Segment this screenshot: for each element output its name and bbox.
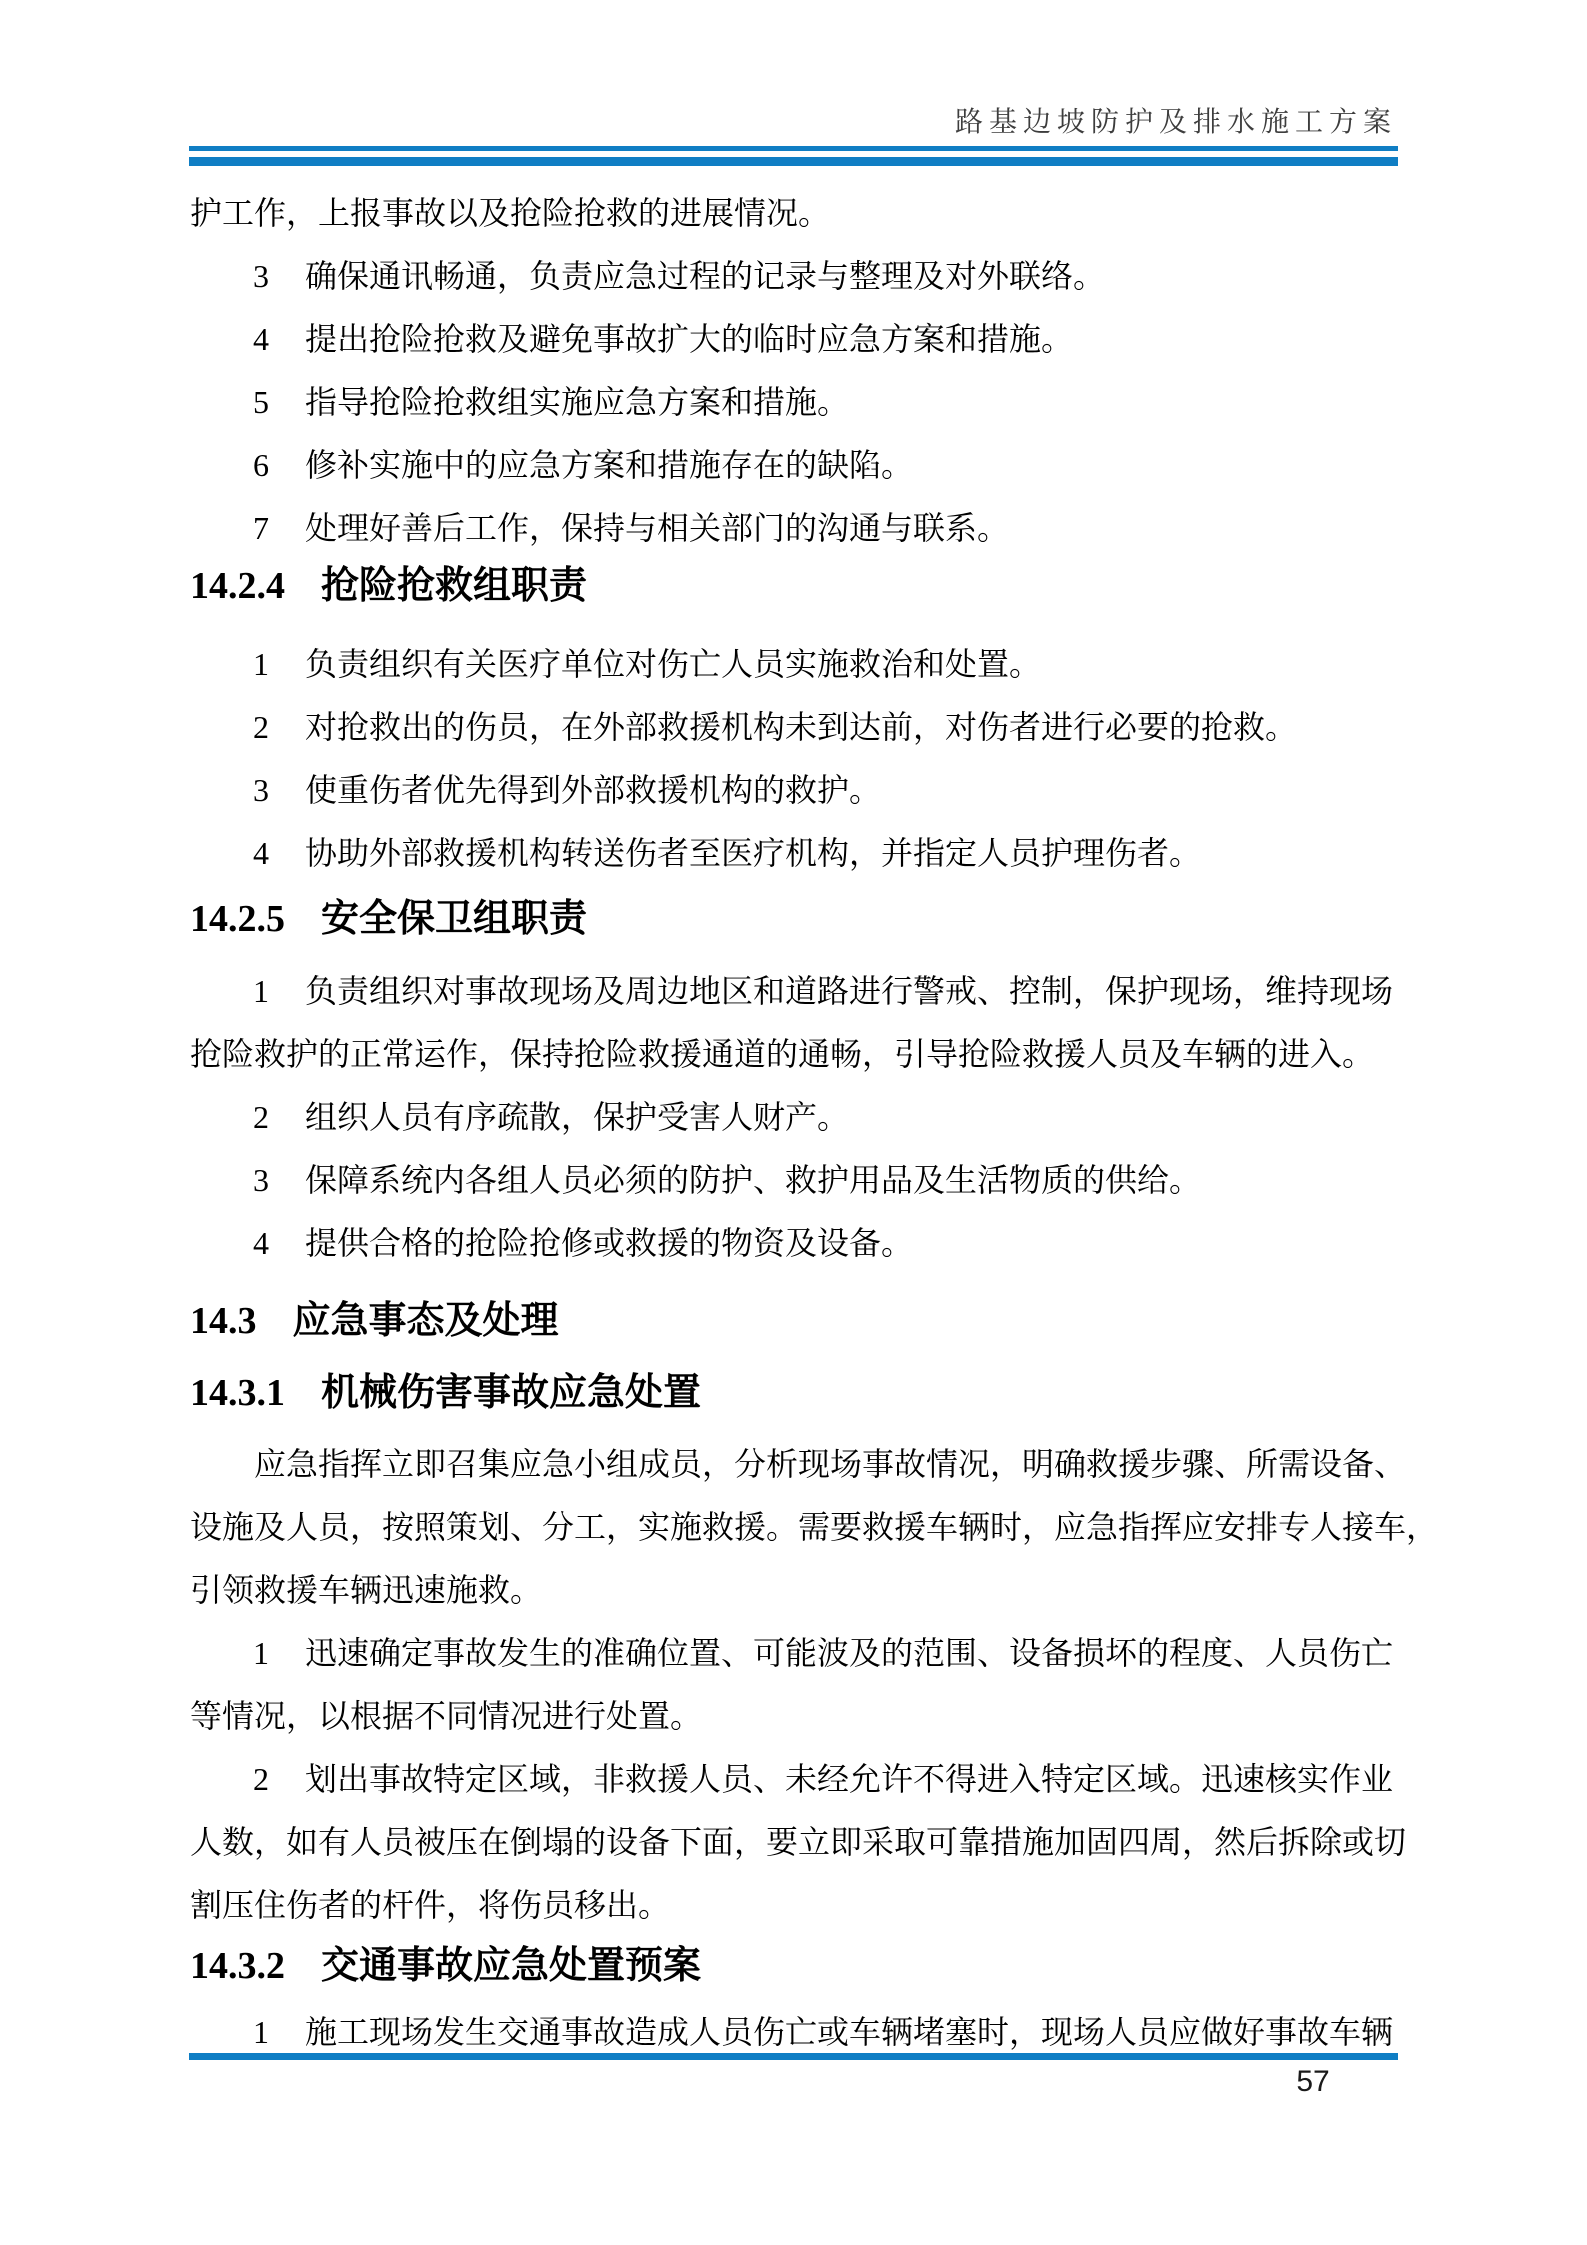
header-doc-title: 路基边坡防护及排水施工方案 [955, 100, 1397, 140]
item-number: 3 [253, 245, 269, 308]
list-item: 4协助外部救援机构转送伤者至医疗机构，并指定人员护理伤者。 [190, 822, 1398, 885]
item-text: 指导抢险抢救组实施应急方案和措施。 [305, 384, 849, 420]
heading-number: 14.3 [190, 1300, 257, 1342]
item-text: 提出抢险抢救及避免事故扩大的临时应急方案和措施。 [305, 321, 1073, 357]
list-item: 7处理好善后工作，保持与相关部门的沟通与联系。 [190, 497, 1398, 560]
header-rule-thick [189, 157, 1398, 166]
item-text: 施工现场发生交通事故造成人员伤亡或车辆堵塞时，现场人员应做好事故车辆 [305, 2014, 1393, 2050]
item-text: 提供合格的抢险抢修或救援的物资及设备。 [305, 1225, 913, 1261]
list-item-continuation: 抢险救护的正常运作，保持抢险救援通道的通畅，引导抢险救援人员及车辆的进入。 [190, 1023, 1398, 1086]
numbered-list-duties: 3确保通讯畅通，负责应急过程的记录与整理及对外联络。 4提出抢险抢救及避免事故扩… [190, 245, 1398, 560]
list-item-continuation: 等情况，以根据不同情况进行处置。 [190, 1685, 1398, 1748]
item-text: 确保通讯畅通，负责应急过程的记录与整理及对外联络。 [305, 258, 1105, 294]
item-text: 划出事故特定区域，非救援人员、未经允许不得进入特定区域。迅速核实作业 [305, 1761, 1393, 1797]
list-item-continuation: 割压住伤者的杆件，将伤员移出。 [190, 1874, 1398, 1937]
list-item: 2对抢救出的伤员，在外部救援机构未到达前，对伤者进行必要的抢救。 [190, 696, 1398, 759]
item-number: 4 [253, 1212, 269, 1275]
document-page: 路基边坡防护及排水施工方案 护工作，上报事故以及抢险抢救的进展情况。 3确保通讯… [0, 0, 1587, 2245]
item-text: 迅速确定事故发生的准确位置、可能波及的范围、设备损坏的程度、人员伤亡 [305, 1635, 1393, 1671]
item-number: 4 [253, 822, 269, 885]
footer-rule [189, 2053, 1398, 2060]
paragraph-line: 应急指挥立即召集应急小组成员，分析现场事故情况，明确救援步骤、所需设备、 [190, 1433, 1398, 1496]
list-item: 3使重伤者优先得到外部救援机构的救护。 [190, 759, 1398, 822]
heading-title: 抢险抢救组职责 [321, 565, 587, 607]
list-item: 1负责组织对事故现场及周边地区和道路进行警戒、控制，保护现场，维持现场 [190, 960, 1398, 1023]
item-text: 负责组织有关医疗单位对伤亡人员实施救治和处置。 [305, 646, 1041, 682]
item-number: 2 [253, 1086, 269, 1149]
list-item: 1负责组织有关医疗单位对伤亡人员实施救治和处置。 [190, 633, 1398, 696]
item-number: 5 [253, 371, 269, 434]
paragraph-line: 设施及人员，按照策划、分工，实施救援。需要救援车辆时，应急指挥应安排专人接车， [190, 1496, 1398, 1559]
item-number: 6 [253, 434, 269, 497]
heading-title: 安全保卫组职责 [321, 898, 587, 940]
item-text: 负责组织对事故现场及周边地区和道路进行警戒、控制，保护现场，维持现场 [305, 973, 1393, 1009]
heading-number: 14.3.1 [190, 1372, 285, 1414]
item-number: 7 [253, 497, 269, 560]
list-item-continuation: 人数，如有人员被压在倒塌的设备下面，要立即采取可靠措施加固四周，然后拆除或切 [190, 1811, 1398, 1874]
item-number: 3 [253, 759, 269, 822]
list-item: 2组织人员有序疏散，保护受害人财产。 [190, 1086, 1398, 1149]
item-text: 对抢救出的伤员，在外部救援机构未到达前，对伤者进行必要的抢救。 [305, 709, 1297, 745]
item-number: 1 [253, 1622, 269, 1685]
page-number: 57 [1258, 2062, 1368, 2102]
heading-number: 14.3.2 [190, 1945, 285, 1987]
item-number: 2 [253, 696, 269, 759]
section-heading-14-2-4: 14.2.4抢险抢救组职责 [190, 563, 587, 609]
item-number: 4 [253, 308, 269, 371]
list-item: 1迅速确定事故发生的准确位置、可能波及的范围、设备损坏的程度、人员伤亡 [190, 1622, 1398, 1685]
list-item: 5指导抢险抢救组实施应急方案和措施。 [190, 371, 1398, 434]
list-item: 4提供合格的抢险抢修或救援的物资及设备。 [190, 1212, 1398, 1275]
list-item: 4提出抢险抢救及避免事故扩大的临时应急方案和措施。 [190, 308, 1398, 371]
numbered-list-security-group: 1负责组织对事故现场及周边地区和道路进行警戒、控制，保护现场，维持现场 抢险救护… [190, 960, 1398, 1275]
section-heading-14-2-5: 14.2.5安全保卫组职责 [190, 896, 587, 942]
list-item: 3保障系统内各组人员必须的防护、救护用品及生活物质的供给。 [190, 1149, 1398, 1212]
item-text: 处理好善后工作，保持与相关部门的沟通与联系。 [305, 510, 1009, 546]
heading-title: 应急事态及处理 [293, 1300, 559, 1342]
numbered-list-rescue-group: 1负责组织有关医疗单位对伤亡人员实施救治和处置。 2对抢救出的伤员，在外部救援机… [190, 633, 1398, 885]
heading-number: 14.2.4 [190, 565, 285, 607]
item-number: 1 [253, 960, 269, 1023]
item-number: 1 [253, 633, 269, 696]
section-heading-14-3-2: 14.3.2交通事故应急处置预案 [190, 1943, 701, 1989]
header-rule-thin [189, 146, 1398, 151]
item-text: 修补实施中的应急方案和措施存在的缺陷。 [305, 447, 913, 483]
paragraph-continuation: 护工作，上报事故以及抢险抢救的进展情况。 [190, 182, 1398, 245]
paragraph-line: 引领救援车辆迅速施救。 [190, 1559, 1398, 1622]
heading-title: 机械伤害事故应急处置 [321, 1372, 701, 1414]
heading-number: 14.2.5 [190, 898, 285, 940]
section-heading-14-3: 14.3应急事态及处理 [190, 1298, 559, 1344]
heading-title: 交通事故应急处置预案 [321, 1945, 701, 1987]
list-item: 6修补实施中的应急方案和措施存在的缺陷。 [190, 434, 1398, 497]
item-text: 协助外部救援机构转送伤者至医疗机构，并指定人员护理伤者。 [305, 835, 1201, 871]
item-text: 组织人员有序疏散，保护受害人财产。 [305, 1099, 849, 1135]
item-number: 2 [253, 1748, 269, 1811]
item-text: 保障系统内各组人员必须的防护、救护用品及生活物质的供给。 [305, 1162, 1201, 1198]
paragraph-line: 护工作，上报事故以及抢险抢救的进展情况。 [190, 182, 1398, 245]
item-text: 使重伤者优先得到外部救援机构的救护。 [305, 772, 881, 808]
list-item: 3确保通讯畅通，负责应急过程的记录与整理及对外联络。 [190, 245, 1398, 308]
list-item: 2划出事故特定区域，非救援人员、未经允许不得进入特定区域。迅速核实作业 [190, 1748, 1398, 1811]
item-number: 3 [253, 1149, 269, 1212]
section-body-14-3-1: 应急指挥立即召集应急小组成员，分析现场事故情况，明确救援步骤、所需设备、 设施及… [190, 1433, 1398, 1937]
section-heading-14-3-1: 14.3.1机械伤害事故应急处置 [190, 1370, 701, 1416]
